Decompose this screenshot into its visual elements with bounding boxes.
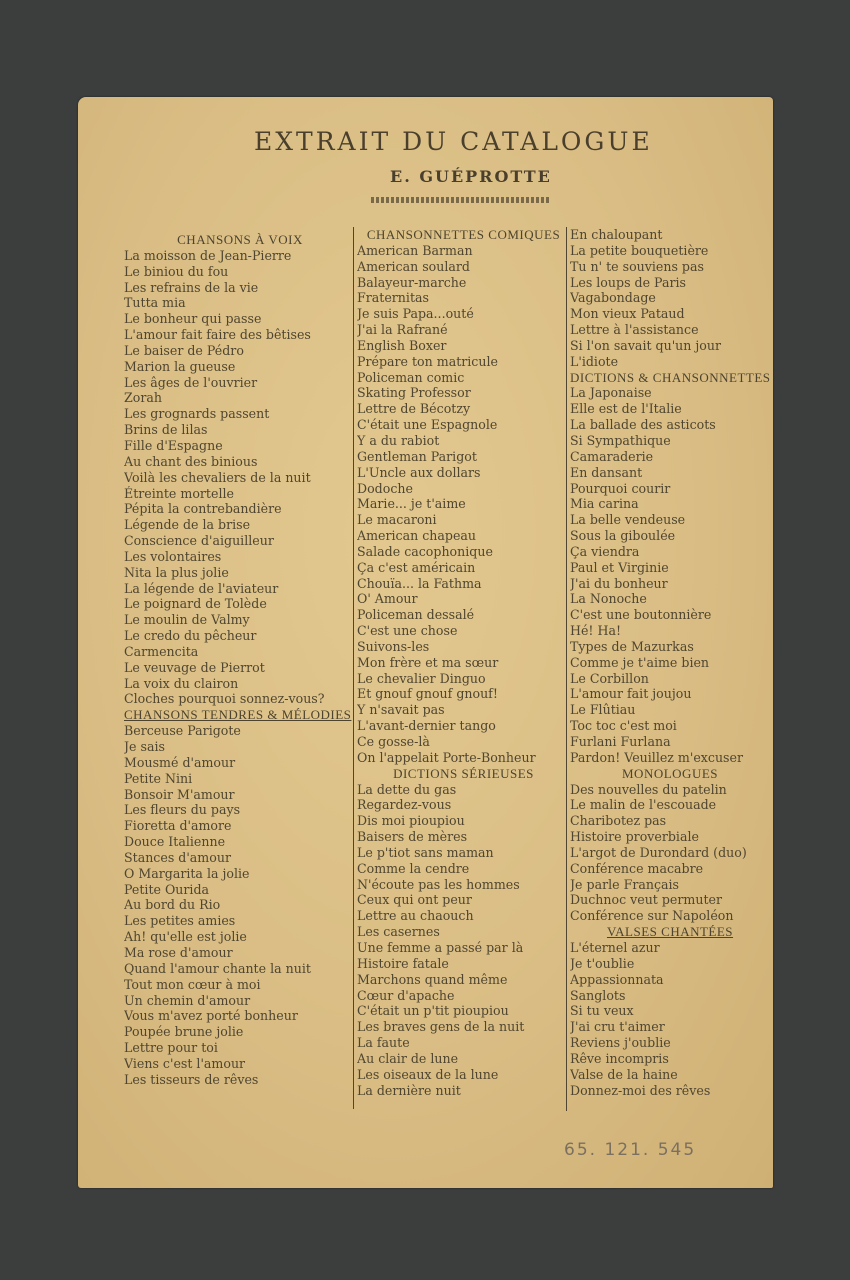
section-heading: DICTIONS SÉRIEUSES <box>357 766 570 782</box>
catalogue-entry: American chapeau <box>357 528 570 544</box>
catalogue-entry: Les volontaires <box>124 549 356 565</box>
catalogue-entry: L'idiote <box>570 354 770 370</box>
catalogue-entry: Sanglots <box>570 988 770 1004</box>
catalogue-entry: Fraternitas <box>357 290 570 306</box>
catalogue-entry: Policeman comic <box>357 370 570 386</box>
catalogue-entry: Petite Ourida <box>124 882 356 898</box>
catalogue-entry: La dernière nuit <box>357 1083 570 1099</box>
catalogue-entry: Le malin de l'escouade <box>570 797 770 813</box>
catalogue-entry: Reviens j'oublie <box>570 1035 770 1051</box>
catalogue-entry: Je parle Français <box>570 877 770 893</box>
catalogue-entry: Mon vieux Pataud <box>570 306 770 322</box>
catalogue-entry: Les âges de l'ouvrier <box>124 375 356 391</box>
catalogue-entry: Un chemin d'amour <box>124 993 356 1009</box>
catalogue-entry: L'éternel azur <box>570 940 770 956</box>
catalogue-entry: En chaloupant <box>570 227 770 243</box>
catalogue-entry: Quand l'amour chante la nuit <box>124 961 356 977</box>
catalogue-entry: O Margarita la jolie <box>124 866 356 882</box>
column-3: En chaloupantLa petite bouquetièreTu n' … <box>566 227 770 1111</box>
catalogue-entry: Le Corbillon <box>570 671 770 687</box>
catalogue-entry: Étreinte mortelle <box>124 486 356 502</box>
catalogue-entry: Policeman dessalé <box>357 607 570 623</box>
publisher-name: E. GUÉPROTTE <box>390 167 552 186</box>
catalogue-page: EXTRAIT DU CATALOGUE E. GUÉPROTTE CHANSO… <box>78 97 773 1188</box>
section-heading: CHANSONS À VOIX <box>124 232 356 248</box>
catalogue-entry: C'était un p'tit pioupiou <box>357 1003 570 1019</box>
catalogue-entry: L'argot de Durondard (duo) <box>570 845 770 861</box>
catalogue-entry: Les oiseaux de la lune <box>357 1067 570 1083</box>
catalogue-entry: Si tu veux <box>570 1003 770 1019</box>
section-heading: CHANSONS TENDRES & MÉLODIES <box>124 707 356 723</box>
catalogue-entry: Ah! qu'elle est jolie <box>124 929 356 945</box>
catalogue-entry: Tu n' te souviens pas <box>570 259 770 275</box>
catalogue-entry: L'Uncle aux dollars <box>357 465 570 481</box>
catalogue-entry: Le biniou du fou <box>124 264 356 280</box>
page-title: EXTRAIT DU CATALOGUE <box>254 127 734 156</box>
catalogue-entry: Donnez-moi des rêves <box>570 1083 770 1099</box>
catalogue-entry: Furlani Furlana <box>570 734 770 750</box>
catalogue-entry: Mia carina <box>570 496 770 512</box>
catalogue-entry: Carmencita <box>124 644 356 660</box>
catalogue-entry: Berceuse Parigote <box>124 723 356 739</box>
catalogue-entry: Toc toc c'est moi <box>570 718 770 734</box>
catalogue-entry: Les petites amies <box>124 913 356 929</box>
catalogue-entry: Balayeur-marche <box>357 275 570 291</box>
catalogue-entry: La Japonaise <box>570 385 770 401</box>
catalogue-entry: Prépare ton matricule <box>357 354 570 370</box>
catalogue-entry: Les tisseurs de rêves <box>124 1072 356 1088</box>
catalogue-entry: La belle vendeuse <box>570 512 770 528</box>
catalogue-entry: Vagabondage <box>570 290 770 306</box>
section-heading: VALSES CHANTÉES <box>570 924 770 940</box>
catalogue-entry: Y n'savait pas <box>357 702 570 718</box>
catalogue-entry: Conscience d'aiguilleur <box>124 533 356 549</box>
catalogue-entry: Une femme a passé par là <box>357 940 570 956</box>
catalogue-entry: Dis moi pioupiou <box>357 813 570 829</box>
catalogue-entry: Valse de la haine <box>570 1067 770 1083</box>
catalogue-entry: Si l'on savait qu'un jour <box>570 338 770 354</box>
catalogue-entry: Marchons quand même <box>357 972 570 988</box>
catalogue-entry: L'avant-dernier tango <box>357 718 570 734</box>
catalogue-entry: Regardez-vous <box>357 797 570 813</box>
catalogue-entry: Au chant des binious <box>124 454 356 470</box>
catalogue-entry: La faute <box>357 1035 570 1051</box>
catalogue-entry: C'est une boutonnière <box>570 607 770 623</box>
catalogue-entry: Bonsoir M'amour <box>124 787 356 803</box>
catalogue-entry: Au clair de lune <box>357 1051 570 1067</box>
catalogue-entry: Le bonheur qui passe <box>124 311 356 327</box>
catalogue-entry: L'amour fait joujou <box>570 686 770 702</box>
catalogue-entry: Baisers de mères <box>357 829 570 845</box>
catalogue-entry: Viens c'est l'amour <box>124 1056 356 1072</box>
catalogue-entry: La voix du clairon <box>124 676 356 692</box>
catalogue-entry: Je sais <box>124 739 356 755</box>
catalogue-entry: Les grognards passent <box>124 406 356 422</box>
catalogue-entry: Voilà les chevaliers de la nuit <box>124 470 356 486</box>
catalogue-entry: La dette du gas <box>357 782 570 798</box>
catalogue-entry: Charibotez pas <box>570 813 770 829</box>
catalogue-entry: Les casernes <box>357 924 570 940</box>
catalogue-entry: En dansant <box>570 465 770 481</box>
catalogue-entry: Le moulin de Valmy <box>124 612 356 628</box>
catalogue-entry: Marie... je t'aime <box>357 496 570 512</box>
catalogue-entry: Lettre au chaouch <box>357 908 570 924</box>
catalogue-entry: Nita la plus jolie <box>124 565 356 581</box>
catalogue-entry: Camaraderie <box>570 449 770 465</box>
catalogue-entry: Mousmé d'amour <box>124 755 356 771</box>
catalogue-entry: Comme je t'aime bien <box>570 655 770 671</box>
decorative-rule <box>371 197 549 203</box>
catalogue-entry: Si Sympathique <box>570 433 770 449</box>
catalogue-entry: La ballade des asticots <box>570 417 770 433</box>
catalogue-entry: J'ai la Rafrané <box>357 322 570 338</box>
catalogue-entry: Histoire fatale <box>357 956 570 972</box>
column-1: CHANSONS À VOIXLa moisson de Jean-Pierre… <box>124 232 356 1088</box>
catalogue-entry: Petite Nini <box>124 771 356 787</box>
catalogue-entry: Suivons-les <box>357 639 570 655</box>
catalogue-entry: Stances d'amour <box>124 850 356 866</box>
catalogue-entry: Duchnoc veut permuter <box>570 892 770 908</box>
catalogue-entry: Comme la cendre <box>357 861 570 877</box>
catalogue-entry: American soulard <box>357 259 570 275</box>
catalogue-entry: La petite bouquetière <box>570 243 770 259</box>
catalogue-entry: On l'appelait Porte-Bonheur <box>357 750 570 766</box>
catalogue-entry: Pourquoi courir <box>570 481 770 497</box>
catalogue-entry: Les braves gens de la nuit <box>357 1019 570 1035</box>
catalogue-entry: Les fleurs du pays <box>124 802 356 818</box>
catalogue-entry: La légende de l'aviateur <box>124 581 356 597</box>
catalogue-entry: Les loups de Paris <box>570 275 770 291</box>
catalogue-entry: Le baiser de Pédro <box>124 343 356 359</box>
catalogue-entry: Paul et Virginie <box>570 560 770 576</box>
catalogue-entry: Ça c'est américain <box>357 560 570 576</box>
catalogue-entry: Tutta mia <box>124 295 356 311</box>
catalogue-entry: Le credo du pêcheur <box>124 628 356 644</box>
catalogue-entry: Ça viendra <box>570 544 770 560</box>
catalogue-entry: Vous m'avez porté bonheur <box>124 1008 356 1024</box>
catalogue-entry: La Nonoche <box>570 591 770 607</box>
catalogue-entry: L'amour fait faire des bêtises <box>124 327 356 343</box>
catalogue-entry: Le chevalier Dinguo <box>357 671 570 687</box>
catalogue-entry: Lettre à l'assistance <box>570 322 770 338</box>
catalogue-entry: Pépita la contrebandière <box>124 501 356 517</box>
column-2: CHANSONNETTES COMIQUESAmerican BarmanAme… <box>353 227 570 1109</box>
catalogue-entry: Ma rose d'amour <box>124 945 356 961</box>
catalogue-entry: Fille d'Espagne <box>124 438 356 454</box>
inventory-number: 65. 121. 545 <box>564 1140 696 1160</box>
catalogue-entry: Skating Professor <box>357 385 570 401</box>
catalogue-entry: N'écoute pas les hommes <box>357 877 570 893</box>
catalogue-entry: Poupée brune jolie <box>124 1024 356 1040</box>
catalogue-entry: Gentleman Parigot <box>357 449 570 465</box>
catalogue-entry: J'ai du bonheur <box>570 576 770 592</box>
catalogue-entry: Chouïa... la Fathma <box>357 576 570 592</box>
catalogue-entry: Marion la gueuse <box>124 359 356 375</box>
catalogue-entry: C'était une Espagnole <box>357 417 570 433</box>
catalogue-entry: Pardon! Veuillez m'excuser <box>570 750 770 766</box>
catalogue-entry: Conférence sur Napoléon <box>570 908 770 924</box>
catalogue-entry: Appassionnata <box>570 972 770 988</box>
catalogue-entry: Le veuvage de Pierrot <box>124 660 356 676</box>
catalogue-entry: Rêve incompris <box>570 1051 770 1067</box>
catalogue-entry: Le macaroni <box>357 512 570 528</box>
catalogue-entry: Le poignard de Tolède <box>124 596 356 612</box>
catalogue-entry: O' Amour <box>357 591 570 607</box>
catalogue-entry: Des nouvelles du patelin <box>570 782 770 798</box>
section-heading: MONOLOGUES <box>570 766 770 782</box>
catalogue-entry: Tout mon cœur à moi <box>124 977 356 993</box>
catalogue-entry: Lettre pour toi <box>124 1040 356 1056</box>
catalogue-entry: Hé! Ha! <box>570 623 770 639</box>
catalogue-entry: Cœur d'apache <box>357 988 570 1004</box>
catalogue-entry: Brins de lilas <box>124 422 356 438</box>
catalogue-entry: Je suis Papa...outé <box>357 306 570 322</box>
catalogue-entry: American Barman <box>357 243 570 259</box>
catalogue-entry: Lettre de Bécotzy <box>357 401 570 417</box>
catalogue-entry: Salade cacophonique <box>357 544 570 560</box>
catalogue-entry: La moisson de Jean-Pierre <box>124 248 356 264</box>
catalogue-entry: Le p'tiot sans maman <box>357 845 570 861</box>
catalogue-entry: Fioretta d'amore <box>124 818 356 834</box>
catalogue-entry: Histoire proverbiale <box>570 829 770 845</box>
catalogue-entry: Douce Italienne <box>124 834 356 850</box>
catalogue-entry: Zorah <box>124 390 356 406</box>
catalogue-entry: Cloches pourquoi sonnez-vous? <box>124 691 356 707</box>
catalogue-entry: Types de Mazurkas <box>570 639 770 655</box>
section-heading: DICTIONS & CHANSONNETTES G <box>570 370 770 386</box>
catalogue-entry: English Boxer <box>357 338 570 354</box>
catalogue-entry: Conférence macabre <box>570 861 770 877</box>
catalogue-entry: Je t'oublie <box>570 956 770 972</box>
catalogue-entry: Au bord du Rio <box>124 897 356 913</box>
catalogue-entry: Elle est de l'Italie <box>570 401 770 417</box>
catalogue-entry: Les refrains de la vie <box>124 280 356 296</box>
catalogue-entry: C'est une chose <box>357 623 570 639</box>
catalogue-entry: Ce gosse-là <box>357 734 570 750</box>
catalogue-entry: Y a du rabiot <box>357 433 570 449</box>
catalogue-entry: Et gnouf gnouf gnouf! <box>357 686 570 702</box>
catalogue-entry: Le Flûtiau <box>570 702 770 718</box>
section-heading: CHANSONNETTES COMIQUES <box>357 227 570 243</box>
catalogue-entry: Sous la giboulée <box>570 528 770 544</box>
catalogue-entry: Mon frère et ma sœur <box>357 655 570 671</box>
catalogue-entry: Dodoche <box>357 481 570 497</box>
catalogue-entry: Légende de la brise <box>124 517 356 533</box>
catalogue-entry: Ceux qui ont peur <box>357 892 570 908</box>
catalogue-entry: J'ai cru t'aimer <box>570 1019 770 1035</box>
